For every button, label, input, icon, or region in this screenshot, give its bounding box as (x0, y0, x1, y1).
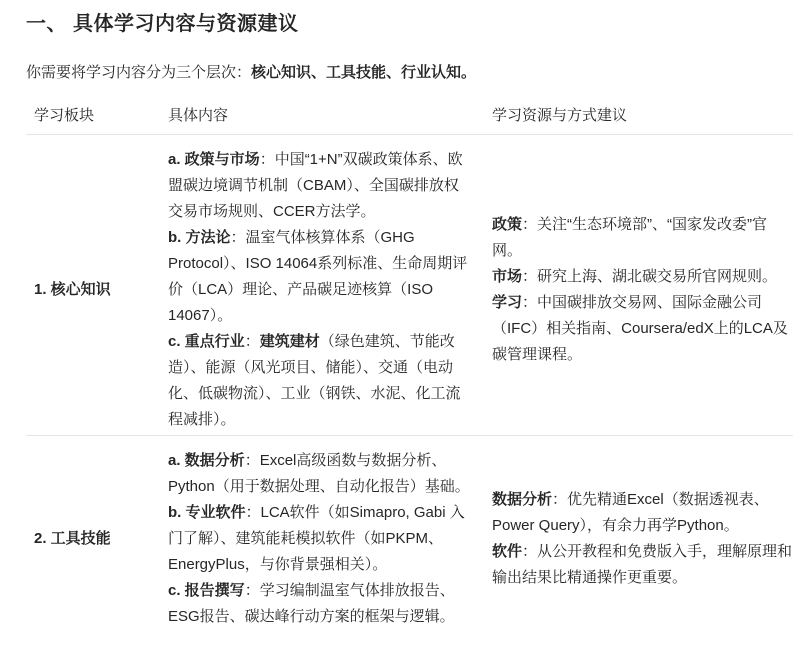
document-page: 一、 具体学习内容与资源建议 你需要将学习内容分为三个层次：核心知识、工具技能、… (0, 0, 810, 657)
resources-cell-tool-skills: 数据分析：优先精通Excel（数据透视表、Power Query），有余力再学P… (492, 436, 793, 632)
column-header-content: 具体内容 (168, 99, 492, 134)
section-title: 一、 具体学习内容与资源建议 (26, 11, 793, 38)
column-header-module: 学习板块 (26, 99, 168, 134)
column-header-resources: 学习资源与方式建议 (492, 99, 793, 134)
intro-paragraph: 你需要将学习内容分为三个层次：核心知识、工具技能、行业认知。 (26, 61, 793, 85)
resources-text: 政策：关注“生态环境部”、“国家发改委”官网。市场：研究上海、湖北碳交易所官网规… (492, 212, 793, 368)
content-cell-tool-skills: a. 数据分析：Excel高级函数与数据分析、Python（用于数据处理、自动化… (168, 436, 492, 632)
table-header-row: 学习板块 具体内容 学习资源与方式建议 (26, 99, 793, 135)
content-cell-core-knowledge: a. 政策与市场：中国“1+N”双碳政策体系、欧盟碳边境调节机制（CBAM）、全… (168, 135, 492, 435)
module-cell-core-knowledge: 1. 核心知识 (26, 135, 168, 435)
resources-cell-core-knowledge: 政策：关注“生态环境部”、“国家发改委”官网。市场：研究上海、湖北碳交易所官网规… (492, 135, 793, 435)
module-cell-tool-skills: 2. 工具技能 (26, 436, 168, 632)
table-row-core-knowledge: 1. 核心知识 a. 政策与市场：中国“1+N”双碳政策体系、欧盟碳边境调节机制… (26, 135, 793, 436)
resources-text: 数据分析：优先精通Excel（数据透视表、Power Query），有余力再学P… (492, 487, 793, 591)
learning-plan-table: 学习板块 具体内容 学习资源与方式建议 1. 核心知识 a. 政策与市场：中国“… (26, 99, 793, 632)
module-label: 2. 工具技能 (34, 526, 111, 552)
module-label: 1. 核心知识 (34, 277, 111, 303)
table-row-tool-skills: 2. 工具技能 a. 数据分析：Excel高级函数与数据分析、Python（用于… (26, 436, 793, 632)
